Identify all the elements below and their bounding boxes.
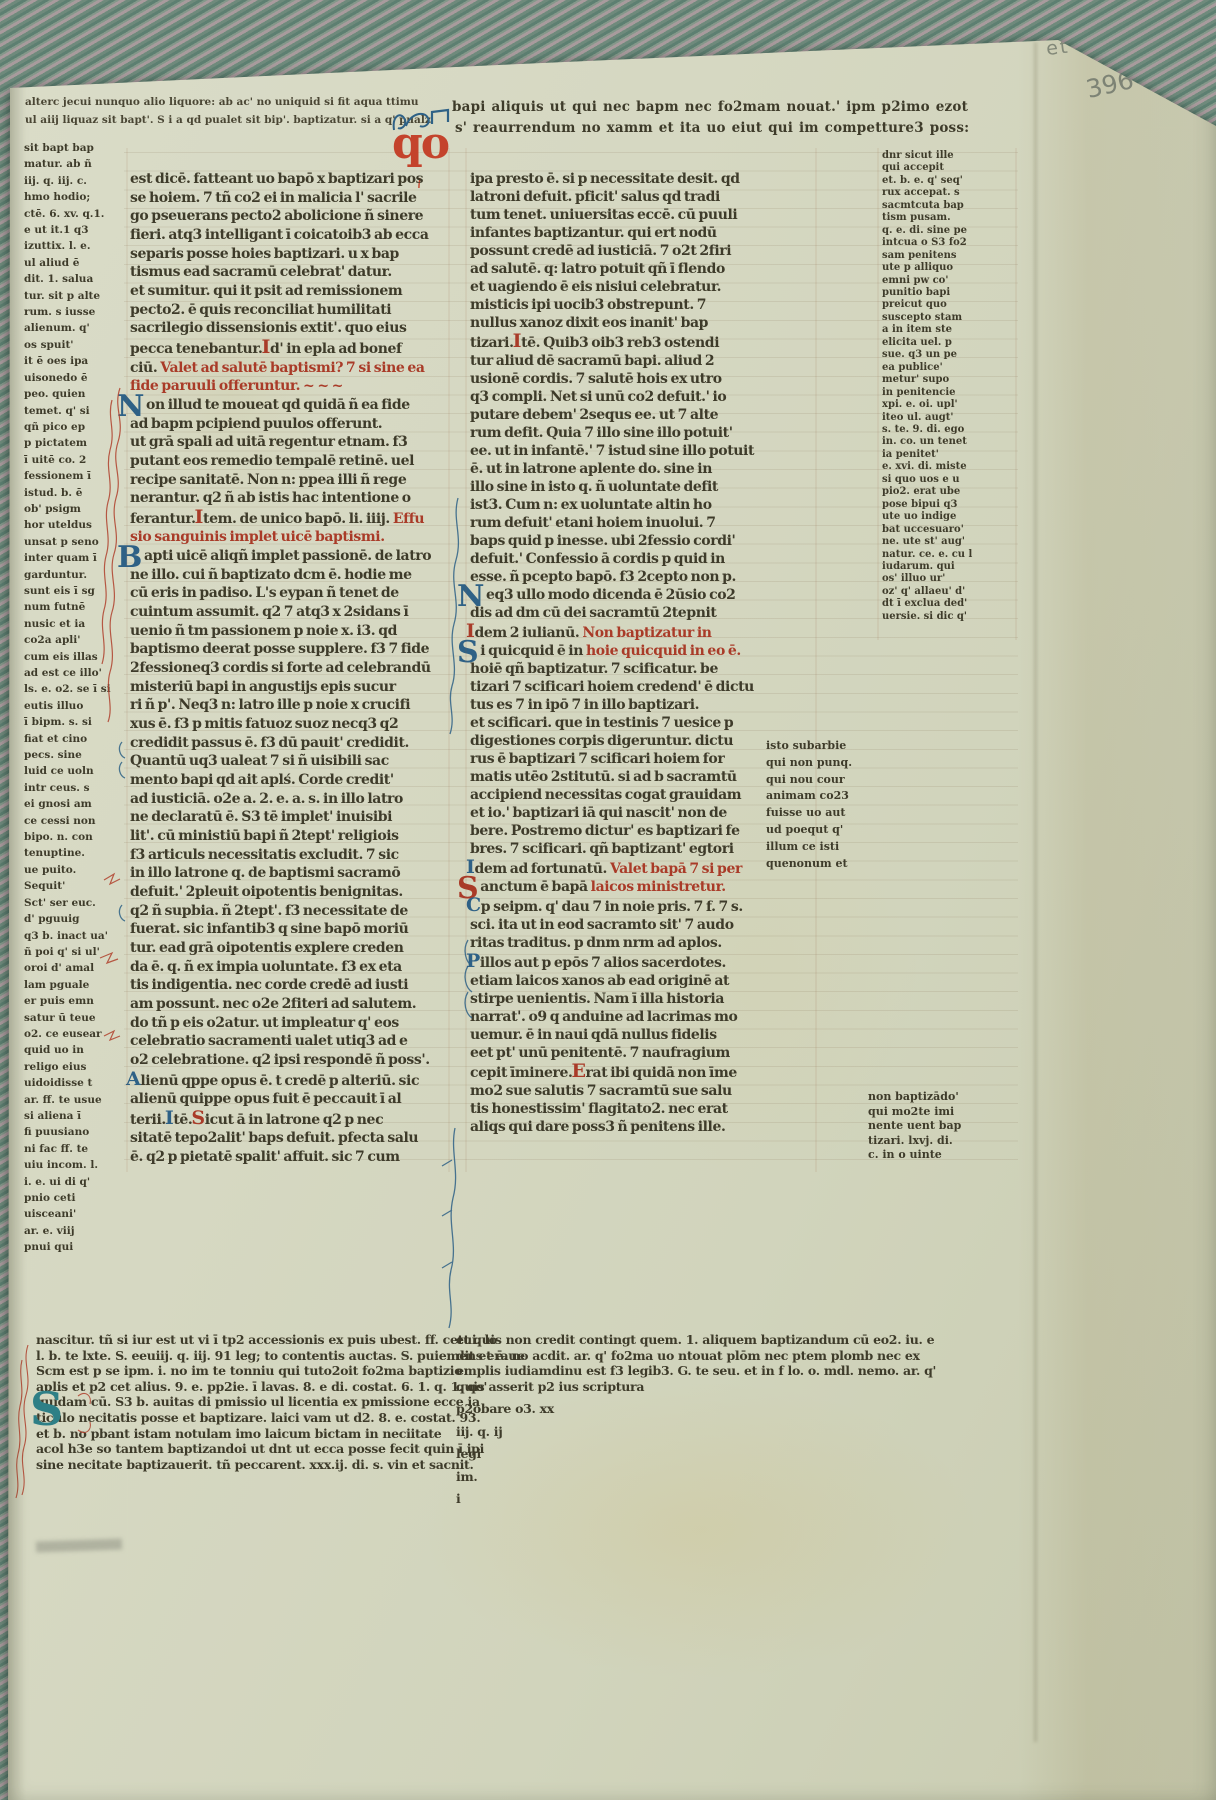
text-line: istud. b. ē <box>24 485 126 501</box>
text-line: in illo latrone q. de baptismi sacramō <box>130 864 450 883</box>
text-line: si aliena ī <box>24 1108 126 1124</box>
text-line: alienum. q' <box>24 320 126 336</box>
text-line: c. in o uinte <box>868 1148 1014 1163</box>
text-line: uiu incom. l. <box>24 1157 126 1173</box>
text-line: natur. ce. e. cu l <box>882 549 1016 561</box>
text-line: qui nou cour <box>766 772 866 789</box>
text-line: hoiē qñ baptizatur. 7 scificatur. be <box>470 660 816 678</box>
text-line: pio2. erat ube <box>882 486 1016 498</box>
text-line: ē. q2 p pietatē spalit' affuit. sic 7 cu… <box>130 1148 450 1167</box>
text-line: Bapti uicē aliqñ implet passionē. de lat… <box>130 547 450 566</box>
text-line: sue. q3 un pe <box>882 349 1016 361</box>
text-line: tus es 7 in ipō 7 in illo baptizari. <box>470 696 816 714</box>
text-line: ad bapm pcipiend puulos offerunt. <box>130 415 450 434</box>
text-line: rus ē baptizari 7 scificari hoiem for <box>470 750 816 768</box>
text-line: ar. ff. te usue <box>24 1092 126 1108</box>
text-line: sam penitens <box>882 250 1016 262</box>
text-line: inter quam ī <box>24 550 126 566</box>
text-line: misteriū bapi in angustijs epis sucur <box>130 678 450 697</box>
text-line: et io.' baptizari iā qui nascit' non de <box>470 804 816 822</box>
text-line: sitatē tepo2alit' baps defuit. pfecta sa… <box>130 1129 450 1148</box>
text-line: fuerat. sic infantib3 q sine bapō moriū <box>130 920 450 939</box>
text-line: baps quid p inesse. ubi 2fessio cordi' <box>470 532 816 550</box>
text-line: uisceani' <box>24 1206 126 1222</box>
text-line: Idem ad fortunatū. Valet bapā 7 si per <box>470 858 816 878</box>
pencil-smudge <box>36 1539 122 1553</box>
text-line: sunt eis ī sg <box>24 583 126 599</box>
text-line: ist3. Cum n: ex uoluntate altin ho <box>470 496 816 514</box>
text-line: dis ad dm cū dei sacramtū 2tepnit <box>470 604 816 622</box>
margin-gloss-right-lower: non baptizādo'qui mo2te iminente uent ba… <box>868 1090 1014 1163</box>
text-line: preicut quo <box>882 299 1016 311</box>
pencil-small-number: 326 <box>1129 58 1153 76</box>
text-line: temet. q' si <box>24 403 126 419</box>
text-line: ad salutē. q: latro potuit qñ ī flendo <box>470 260 816 278</box>
text-line: ipa presto ē. si p necessitate desit. qd <box>470 170 816 188</box>
text-line: ne declaratū ē. S3 tē implet' inuisibi <box>130 808 450 827</box>
text-line: q2 ñ supbia. ñ 2tept'. f3 necessitate de <box>130 902 450 921</box>
text-line: hor uteldus <box>24 517 126 533</box>
text-line: illo sine in isto q. ñ uoluntate defit <box>470 478 816 496</box>
text-line: eutis illuo <box>24 698 126 714</box>
text-line: misticis ipi uocib3 obstrepunt. 7 <box>470 296 816 314</box>
text-line: accipiend necessitas cogat grauidam <box>470 786 816 804</box>
text-line: i. e. ui di q' <box>24 1174 126 1190</box>
text-line: acol h3e so tantem baptizandoi ut dnt ut… <box>36 1441 464 1457</box>
text-line: qui mo2te imi <box>868 1105 1014 1120</box>
text-line: bres. 7 scificari. qñ baptizant' egtori <box>470 840 816 858</box>
margin-gloss-left: sit bapt bapmatur. ab ñiij. q. iij. c.hm… <box>24 140 126 1256</box>
text-line: intcua o S3 fo2 <box>882 237 1016 249</box>
text-line: matis utēo 2stitutū. si ad b sacramtū <box>470 768 816 786</box>
text-line: do tñ p eis o2atur. ut impleatur q' eos <box>130 1014 450 1033</box>
text-line: recipe sanitatē. Non n: ppea illi ñ rege <box>130 471 450 490</box>
text-line: peo. quien <box>24 386 126 402</box>
folio-number: 396 <box>1083 65 1136 104</box>
text-line: est dicē. fatteant uo bapō x baptizari p… <box>130 170 450 189</box>
text-line: ritas traditus. p dnm nrm ad aplos. <box>470 934 816 952</box>
text-line: qui accepit <box>882 162 1016 174</box>
text-line: digestiones corpis digeruntur. dictu <box>470 732 816 750</box>
text-line: uenio ñ tm passionem p noie x. i3. qd <box>130 622 450 641</box>
text-line: bat uccesuaro' <box>882 524 1016 536</box>
text-line: o2. ce eusear <box>24 1026 126 1042</box>
addition-block-left: nascitur. tñ si iur est ut vi ī tp2 acce… <box>36 1332 464 1472</box>
text-line: defuit.' Confessio ā cordis p quid in <box>470 550 816 568</box>
text-line: quidam cū. S3 b. auitas di pmissio ul li… <box>36 1394 464 1410</box>
text-line: q. e. di. sine pe <box>882 225 1016 237</box>
teal-initial-s: S <box>30 1386 63 1432</box>
text-line: nerantur. q2 ñ ab istis hac intentione o <box>130 489 450 508</box>
text-line: rum defuit' etani hoiem inuolui. 7 <box>470 514 816 532</box>
text-line: Si quicquid ē in hoie quicquid in eo ē. <box>470 642 816 660</box>
text-line: pecs. sine <box>24 747 126 763</box>
text-line: hmo hodio; <box>24 189 126 205</box>
text-line: nullus xanoz dixit eos inanit' bap <box>470 314 816 332</box>
text-line: tis indigentia. nec corde credē ad iusti <box>130 976 450 995</box>
text-line: si quo uos e u <box>882 474 1016 486</box>
text-line: im. <box>456 1469 886 1485</box>
text-line: oz' q' allaeu' d' <box>882 586 1016 598</box>
text-line: it ē oes ipa <box>24 353 126 369</box>
text-line: et scificari. que in testinis 7 uesice p <box>470 714 816 732</box>
text-line: sit bapt bap <box>24 140 126 156</box>
text-line: sio sanguinis implet uicē baptismi. <box>130 528 450 547</box>
text-line: dit. 1. salua <box>24 271 126 287</box>
text-line: pecca tenebantur. Id' in epla ad bonef <box>130 338 450 359</box>
text-line: sine necitate baptizauerit. tñ peccarent… <box>36 1457 464 1473</box>
text-line: iij. q. ij <box>456 1424 886 1440</box>
text-line: tur. sit p alte <box>24 288 126 304</box>
top-line-right-2: s' reaurrendum no xamm et ita uo eiut qu… <box>455 120 969 136</box>
text-line: tur. ead grā oipotentis explere creden <box>130 939 450 958</box>
text-line: fi puusiano <box>24 1124 126 1140</box>
initial-letters: qo <box>392 122 448 166</box>
text-line: ute uo indige <box>882 511 1016 523</box>
photographed-manuscript-scene: { "meta": { "description": "Medieval Lat… <box>0 0 1216 1800</box>
text-line: emni pw co' <box>882 275 1016 287</box>
text-line: et. b. e. q' seq' <box>882 175 1016 187</box>
text-column-right: ipa presto ē. si p necessitate desit. qd… <box>470 170 816 1136</box>
text-line: fessionem ī <box>24 468 126 484</box>
text-line: ne illo. cui ñ baptizato dcm ē. hodie me <box>130 566 450 585</box>
text-line: ticulo necitatis posse et baptizare. lai… <box>36 1410 464 1426</box>
text-line: latroni defuit. pficit' salus qd tradi <box>470 188 816 206</box>
text-line: ī uitē co. 2 <box>24 452 126 468</box>
text-line: Pillos aut p epōs 7 alios sacerdotes. <box>470 952 816 972</box>
text-line: ē. ut in latrone aplente do. sine in <box>470 460 816 478</box>
text-line: izuttix. l. e. <box>24 238 126 254</box>
text-line: Quantū uq3 ualeat 7 si ñ uisibili sac <box>130 752 450 771</box>
text-line: sci. ita ut in eod sacramto sit' 7 audo <box>470 916 816 934</box>
text-line: e ut it.1 q3 <box>24 222 126 238</box>
text-line: lam pguale <box>24 977 126 993</box>
text-line: tizari. Itē. Quib3 oib3 reb3 ostendi <box>470 332 816 352</box>
top-line-left-2: ul aiij liquaz sit bapt'. S i a qd puale… <box>25 114 431 126</box>
text-line: in. co. un tenet <box>882 436 1016 448</box>
text-line: ute p alliquo <box>882 262 1016 274</box>
text-line: nente uent bap <box>868 1119 1014 1134</box>
text-line: dt ī exclua ded' <box>882 598 1016 610</box>
text-line: Cp seipm. q' dau 7 in noie pris. 7 f. 7 … <box>470 896 816 916</box>
text-line: xpi. e. oi. upl' <box>882 399 1016 411</box>
text-line: cepit īminere. Erat ibi quidā non īme <box>470 1062 816 1082</box>
text-line: et b. no pbant istam notulam imo laicum … <box>36 1426 464 1442</box>
text-line: os spuit' <box>24 337 126 353</box>
text-line: defuit.' 2pleuit oipotentis benignitas. <box>130 883 450 902</box>
text-line: l. b. te lxte. S. eeuiij. q. iij. 91 leg… <box>36 1348 464 1364</box>
text-line: fiat et cino <box>24 731 126 747</box>
top-line-right-1: bapi aliquis ut qui nec bapm nec fo2mam … <box>452 99 968 115</box>
text-line: luid ce uoln <box>24 763 126 779</box>
text-line: putant eos remedio tempalē retinē. uel <box>130 452 450 471</box>
text-line: suscepto stam <box>882 312 1016 324</box>
text-line: religo eius <box>24 1059 126 1075</box>
text-line: satur ū teue <box>24 1010 126 1026</box>
text-line: ls. e. o2. se ī si <box>24 681 126 697</box>
text-line: Sct' ser euc. <box>24 895 126 911</box>
text-line: Idem 2 iulianū. Non baptizatur in <box>470 622 816 642</box>
text-line: a in item ste <box>882 324 1016 336</box>
text-line: rux accepat. s <box>882 187 1016 199</box>
text-line: etiam laicos xanos ab ead originē at <box>470 972 816 990</box>
text-line: cum eis illas <box>24 649 126 665</box>
text-line: separis posse hoies baptizari. u x bap <box>130 245 450 264</box>
text-line: q3 compli. Net si unū co2 defuit.' io <box>470 388 816 406</box>
text-line: lit'. cū ministiū bapi ñ 2tept' religioi… <box>130 827 450 846</box>
text-line: pose bipui q3 <box>882 499 1016 511</box>
text-line: f3 articuls necessitatis excludit. 7 sic <box>130 846 450 865</box>
text-line: ul aliud ē <box>24 255 126 271</box>
text-line: 2fessioneq3 cordis si forte ad celebrand… <box>130 659 450 678</box>
text-line: Scm est p se ipm. i. no im te tonniu qui… <box>36 1363 464 1379</box>
text-line: iudarum. qui <box>882 561 1016 573</box>
text-line: et sumitur. qui it psit ad remissionem <box>130 282 450 301</box>
text-line: ob' psigm <box>24 501 126 517</box>
text-line: er puis emn <box>24 993 126 1009</box>
text-line: oroi d' amal <box>24 960 126 976</box>
text-line: tenuptine. <box>24 845 126 861</box>
text-line: p pictatem <box>24 435 126 451</box>
text-line: sacmtcuta bap <box>882 200 1016 212</box>
text-line: emplis iudiamdinu est f3 legib3. G. te s… <box>456 1363 886 1379</box>
text-line: ni fac ff. te <box>24 1141 126 1157</box>
text-line: Non illud te moueat qd quidā ñ ea fide <box>130 396 450 415</box>
text-line: quid uo in <box>24 1042 126 1058</box>
text-line: qñ pico ep <box>24 419 126 435</box>
text-line: narrat'. o9 q anduine ad lacrimas mo <box>470 1008 816 1026</box>
text-line: quenonum et <box>766 856 866 873</box>
text-line: ñ poi q' si ul' <box>24 944 126 960</box>
manuscript-page: et·iiij· 326 396 alterc jecui nunquo ali… <box>0 0 1216 1800</box>
text-line: Sanctum ē bapā laicos ministretur. <box>470 878 816 896</box>
text-line: baptismo deerat posse supplere. f3 7 fid… <box>130 640 450 659</box>
text-line: tum tenet. uniuersitas eccē. cū puuli <box>470 206 816 224</box>
text-line: ee. ut in infantē.' 7 istud sine illo po… <box>470 442 816 460</box>
text-line: ad iusticiā. o2e a. 2. e. a. s. in illo … <box>130 790 450 809</box>
text-line: se hoiem. 7 tñ co2 ei in malicia l' sacr… <box>130 189 450 208</box>
text-line: Neq3 ullo modo dicenda ē 2ūsio co2 <box>470 586 816 604</box>
text-line: ferantur. Item. de unico bapō. li. iiij.… <box>130 508 450 529</box>
text-line: tizari. lxvj. di. <box>868 1134 1014 1149</box>
text-line: et quis non credit contingt quem. 1. ali… <box>456 1332 886 1348</box>
text-line: bere. Postremo dictur' es baptizari fe <box>470 822 816 840</box>
text-line: celebratio sacramenti ualet utiq3 ad e <box>130 1032 450 1051</box>
text-line: ciū. Valet ad salutē baptismi? 7 si sine… <box>130 359 450 378</box>
text-line: pnio ceti <box>24 1190 126 1206</box>
text-line: pecto2. ē quis reconciliat humilitati <box>130 301 450 320</box>
text-line: stirpe uenientis. Nam ī illa historia <box>470 990 816 1008</box>
text-line: in penitencie <box>882 387 1016 399</box>
text-line: os' illuo ur' <box>882 573 1016 585</box>
text-line: fide paruuli offeruntur. ~ ~ ~ <box>130 377 450 396</box>
text-line: uisonedo ē <box>24 370 126 386</box>
text-line: am possunt. nec o2e 2fiteri ad salutem. <box>130 995 450 1014</box>
text-line: garduntur. <box>24 567 126 583</box>
text-line: punitio bapi <box>882 287 1016 299</box>
text-line: s. te. 9. di. ego <box>882 424 1016 436</box>
text-line: usionē cordis. 7 salutē hois ex utro <box>470 370 816 388</box>
text-line: ad est ce illo' <box>24 665 126 681</box>
margin-gloss-right-middle: isto subarbiequi non punq.qui nou couran… <box>766 738 866 872</box>
text-line: tismus ead sacramū celebrat' datur. <box>130 263 450 282</box>
text-line: putare debem' 2sequs ee. ut 7 alte <box>470 406 816 424</box>
text-line: qui non punq. <box>766 755 866 772</box>
text-line: cuintum assumit. q2 7 atq3 x 2sidans ī <box>130 603 450 622</box>
text-line: illum ce isti <box>766 839 866 856</box>
text-line: eet pt' unū penitentē. 7 naufragium <box>470 1044 816 1062</box>
text-line: q3 b. inact ua' <box>24 928 126 944</box>
margin-gloss-right-top: dnr sicut illequi accepitet. b. e. q' se… <box>882 150 1016 623</box>
text-line: ce cessi non <box>24 813 126 829</box>
text-line: i <box>456 1491 886 1507</box>
text-line: rum. s iusse <box>24 304 126 320</box>
text-line: o2 celebratione. q2 ipsi respondē ñ poss… <box>130 1051 450 1070</box>
text-line: tis honestissim' flagitato2. nec erat <box>470 1100 816 1118</box>
text-line: ea publice' <box>882 362 1016 374</box>
text-line: legi <box>456 1446 886 1462</box>
text-line: mo2 sue salutis 7 sacramtū sue salu <box>470 1082 816 1100</box>
parchment-fold-shadow <box>1034 42 1037 1742</box>
text-line: dnr sicut ille <box>882 150 1016 162</box>
text-line: Sequit' <box>24 878 126 894</box>
text-line: matur. ab ñ <box>24 156 126 172</box>
text-line: ne. ute st' aug' <box>882 536 1016 548</box>
parchment-stain <box>0 80 26 1800</box>
text-line: uersie. si dic q' <box>882 611 1016 623</box>
text-line: intr ceus. s <box>24 780 126 796</box>
text-line: cū eris in padiso. L's eypan ñ tenet de <box>130 584 450 603</box>
text-column-left: est dicē. fatteant uo bapō x baptizari p… <box>130 170 450 1167</box>
text-line: infantes baptizantur. qui ert nodū <box>470 224 816 242</box>
text-line: ar. e. viij <box>24 1223 126 1239</box>
text-line: sacrilegio dissensionis extit'. quo eius <box>130 319 450 338</box>
parchment-stain <box>1018 38 1216 1800</box>
top-line-left-1: alterc jecui nunquo alio liquore: ab ac'… <box>25 96 418 108</box>
text-line: ue puito. <box>24 862 126 878</box>
text-line: alienū quippe opus fuit ē peccauit ī al <box>130 1090 450 1109</box>
text-line: Alienū qppe opus ē. t credē p alteriū. s… <box>130 1070 450 1091</box>
text-line: unsat p seno <box>24 534 126 550</box>
text-line: ri ñ p'. Neq3 n: latro ille p noie x cru… <box>130 696 450 715</box>
text-line: e. xvi. di. miste <box>882 461 1016 473</box>
text-line: go pseuerans pecto2 abolicione ñ sinere <box>130 207 450 226</box>
text-line: non baptizādo' <box>868 1090 1014 1105</box>
text-line: ī bipm. s. si <box>24 714 126 730</box>
text-line: animam co23 <box>766 788 866 805</box>
text-line: esse. ñ pcepto bapō. f3 2cepto non p. <box>470 568 816 586</box>
text-line: terii. Itē. Sicut ā in latrone q2 p nec <box>130 1109 450 1130</box>
text-line: fieri. atq3 intelligant ī coicatoib3 ab … <box>130 226 450 245</box>
text-line: rum defit. Quia 7 illo sine illo potuit' <box>470 424 816 442</box>
text-line: aplis et p2 cet alius. 9. e. pp2ie. ī la… <box>36 1379 464 1395</box>
text-line: possunt credē ad iusticiā. 7 o2t 2firi <box>470 242 816 260</box>
text-line: aliqs qui dare poss3 ñ penitens ille. <box>470 1118 816 1136</box>
text-line: bipo. n. con <box>24 829 126 845</box>
text-line: et uagiendo ē eis nisiui celebratur. <box>470 278 816 296</box>
text-line: pnui qui <box>24 1239 126 1255</box>
text-line: quis asserit p2 ius scriptura <box>456 1379 886 1395</box>
text-line: nusic et ia <box>24 616 126 632</box>
text-line: isto subarbie <box>766 738 866 755</box>
text-line: iij. q. iij. c. <box>24 173 126 189</box>
text-line: ia penitet' <box>882 449 1016 461</box>
text-line: ut grā spali ad uitā regentur etnam. f3 <box>130 433 450 452</box>
text-line: mento bapi qd ait aplś. Corde credit' <box>130 771 450 790</box>
text-line: tism pusam. <box>882 212 1016 224</box>
text-line: d' pguuig <box>24 911 126 927</box>
text-line: tur aliud dē sacramū bapi. aliud 2 <box>470 352 816 370</box>
text-line: p2obare o3. xx <box>456 1401 886 1417</box>
addition-block-right: et quis non credit contingt quem. 1. ali… <box>456 1332 886 1507</box>
text-line: iteo ul. augt' <box>882 412 1016 424</box>
text-line: ctē. 6. xv. q.1. <box>24 206 126 222</box>
text-line: da ē. q. ñ ex impia uoluntate. f3 ex eta <box>130 958 450 977</box>
text-line: co2a apli' <box>24 632 126 648</box>
text-line: xus ē. f3 p mitis fatuoz suoz necq3 q2 <box>130 715 450 734</box>
pencil-corner-inscription: et·iiij· <box>1045 30 1116 60</box>
text-line: ei gnosi am <box>24 796 126 812</box>
text-line: nascitur. tñ si iur est ut vi ī tp2 acce… <box>36 1332 464 1348</box>
text-line: tizari 7 scificari hoiem credend' ē dict… <box>470 678 816 696</box>
text-line: credidit passus ē. f3 dū pauit' credidit… <box>130 734 450 753</box>
text-line: ud poequt q' <box>766 822 866 839</box>
text-line: num futnē <box>24 599 126 615</box>
text-line: dit et ē. no acdit. ar. q' fo2ma uo ntou… <box>456 1348 886 1364</box>
text-line: metur' supo <box>882 374 1016 386</box>
text-line: uidoidisse t <box>24 1075 126 1091</box>
text-line: fuisse uo aut <box>766 805 866 822</box>
text-line: uemur. ē in naui qdā nullus fidelis <box>470 1026 816 1044</box>
text-line: elicita uel. p <box>882 337 1016 349</box>
page-wrapper: et·iiij· 326 396 alterc jecui nunquo ali… <box>0 0 1216 1800</box>
